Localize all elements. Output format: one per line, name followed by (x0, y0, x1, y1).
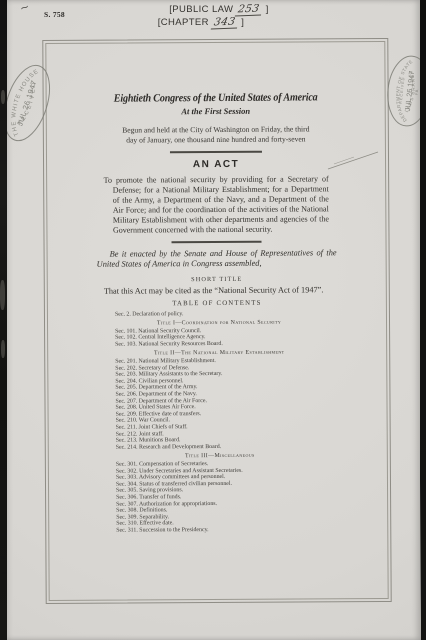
table-of-contents: Sec. 2. Declaration of policy.Title I—Co… (115, 310, 324, 534)
edge-blemish (1, 90, 5, 104)
chapter-close-bracket: ] (241, 17, 244, 28)
toc-line: Title III—Miscellaneous (116, 452, 324, 460)
public-law-annotation: [PUBLIC LAW 253 ] (6, 3, 426, 16)
toc-line: Sec. 103. National Security Resources Bo… (115, 340, 323, 348)
chapter-number-handwritten: 343 (211, 16, 240, 30)
toc-line: Title II—The National Military Establish… (115, 349, 323, 357)
pencil-scribble-mark (324, 143, 394, 175)
congress-title: Eightieth Congress of the United States … (57, 91, 374, 105)
chapter-annotation: [CHAPTER 343 ] (0, 16, 414, 29)
toc-line: Sec. 2. Declaration of policy. (115, 310, 323, 318)
separator-rule (172, 241, 262, 243)
toc-line: Sec. 214. Research and Development Board… (116, 443, 324, 451)
document-frame: Eightieth Congress of the United States … (42, 38, 391, 604)
short-title-text: That this Act may be cited as the “Natio… (91, 285, 343, 296)
paper-page: ~ S. 758 [PUBLIC LAW 253 ] [CHAPTER 343 … (6, 0, 421, 640)
toc-line: Sec. 311. Succession to the Presidency. (116, 526, 324, 534)
edge-blemish (1, 340, 5, 358)
edge-speck (1, 556, 5, 559)
public-law-number-handwritten: 253 (235, 3, 264, 17)
toc-heading: TABLE OF CONTENTS (45, 298, 389, 307)
scanned-document-photo: ~ S. 758 [PUBLIC LAW 253 ] [CHAPTER 343 … (0, 0, 426, 640)
enacting-clause: Be it enacted by the Senate and House of… (97, 248, 337, 270)
photo-right-edge (420, 0, 426, 640)
act-preamble: To promote the national security by prov… (104, 174, 329, 235)
stamp-initials-text: F.B. (415, 89, 420, 96)
session-line: At the First Session (44, 105, 388, 117)
edge-speck (2, 572, 7, 574)
edge-blemish (0, 280, 5, 310)
short-title-heading: SHORT TITLE (45, 274, 389, 283)
chapter-label: [CHAPTER (158, 17, 209, 28)
public-law-close-bracket: ] (266, 4, 269, 15)
separator-rule (170, 151, 262, 154)
public-law-label: [PUBLIC LAW (169, 4, 233, 15)
toc-line: Title I—Coordination for National Securi… (115, 319, 323, 327)
photo-left-edge (0, 0, 7, 640)
edge-speck (2, 533, 7, 536)
